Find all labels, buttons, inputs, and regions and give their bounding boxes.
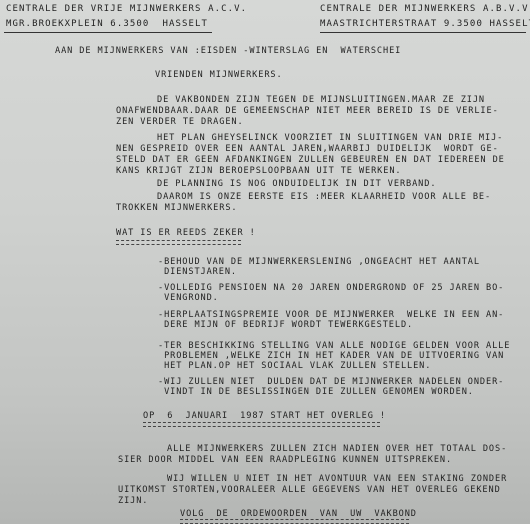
list-item-3-line-2: DERE MIJN OF BEDRIJF WORDT TEWERKGESTELD… — [158, 320, 413, 330]
list-item-2-line-2: VENGROND. — [158, 293, 219, 303]
list-item-3-line-1: -HERPLAATSINGSPREMIE VOOR DE MIJNWERKER … — [158, 310, 504, 320]
list-item-1-line-1: -BEHOUD VAN DE MIJNWERKERSLENING ,ONGEAC… — [158, 257, 480, 267]
salutation: VRIENDEN MIJNWERKERS. — [155, 70, 283, 80]
paragraph-1-line-2: ONAFWENDBAAR.DAAR DE GEMEENSCHAP NIET ME… — [116, 106, 499, 116]
section-2-paragraph-2-line-3: ZIJN. — [118, 496, 148, 506]
list-item-4-line-2: PROBLEMEN ,WELKE ZICH IN HET KADER VAN D… — [158, 351, 504, 361]
section-2-paragraph-1-line-1: ALLE MIJNWERKERS ZULLEN ZICH NADIEN OVER… — [167, 444, 507, 454]
letterhead-left-org: CENTRALE DER VRIJE MIJNWERKERS A.C.V. — [6, 4, 247, 14]
paragraph-1-line-3: ZEN VERDER TE DRAGEN. — [116, 117, 244, 127]
paragraph-4-line-2: TROKKEN MIJNWERKERS. — [116, 203, 237, 213]
list-item-5-line-2: VINDT IN DE BESLISSINGEN DIE ZULLEN GENO… — [158, 387, 474, 397]
scanned-letter: CENTRALE DER VRIJE MIJNWERKERS A.C.V. MG… — [0, 0, 530, 524]
addressee-line: AAN DE MIJNWERKERS VAN :EISDEN -WINTERSL… — [55, 46, 401, 56]
paragraph-1-line-1: DE VAKBONDEN ZIJN TEGEN DE MIJNSLUITINGE… — [157, 95, 485, 105]
closing-double-rule — [180, 519, 409, 524]
list-item-1-line-2: DIENSTJAREN. — [158, 267, 237, 277]
paragraph-3-line-1: DE PLANNING IS NOG ONDUIDELIJK IN DIT VE… — [157, 179, 436, 189]
section-1-heading: WAT IS ER REEDS ZEKER ! — [116, 228, 256, 238]
section-2-heading-double-rule — [143, 422, 380, 427]
letterhead-left-rule — [4, 32, 212, 33]
letterhead-right-address: MAASTRICHTERSTRAAT 9.3500 HASSELT — [320, 19, 530, 29]
paragraph-2-line-3: STELD DAT ER GEEN AFDANKINGEN ZULLEN GEB… — [116, 155, 505, 165]
paragraph-4-line-1: DAAROM IS ONZE EERSTE EIS :MEER KLAARHEI… — [157, 192, 491, 202]
paragraph-2-line-1: HET PLAN GHEYSELINCK VOORZIET IN SLUITIN… — [157, 133, 503, 143]
list-item-4-line-1: -TER BESCHIKKING STELLING VAN ALLE NODIG… — [158, 341, 510, 351]
paragraph-2-line-2: NEN GESPREID OVER EEN AANTAL JAREN,WAARB… — [116, 144, 499, 154]
section-2-paragraph-2-line-2: UITKOMST STORTEN,VOORALEER ALLE GEGEVENS… — [118, 485, 501, 495]
section-2-paragraph-1-line-2: SIER DOOR MIDDEL VAN EEN RAADPLEGING KUN… — [118, 455, 452, 465]
paragraph-2-line-4: KANS KRIJGT ZIJN BEROEPSLOOPBAAN UIT TE … — [116, 166, 401, 176]
list-item-5-line-1: -WIJ ZULLEN NIET DULDEN DAT DE MIJNWERKE… — [158, 377, 504, 387]
closing-line: VOLG DE ORDEWOORDEN VAN UW VAKBOND — [180, 509, 417, 519]
list-item-4-line-3: HET PLAN.OP HET SOCIAAL VLAK ZULLEN STEL… — [158, 361, 431, 371]
letterhead-right-rule — [320, 32, 526, 33]
letterhead-left-address: MGR.BROEKXPLEIN 6.3500 HASSELT — [6, 19, 208, 29]
letterhead-right-org: CENTRALE DER MIJNWERKERS A.B.V.V. — [320, 4, 530, 14]
section-1-heading-double-rule — [116, 240, 241, 245]
section-2-heading: OP 6 JANUARI 1987 START HET OVERLEG ! — [143, 411, 386, 421]
list-item-2-line-1: -VOLLEDIG PENSIOEN NA 20 JAREN ONDERGRON… — [158, 283, 504, 293]
section-2-paragraph-2-line-1: WIJ WILLEN U NIET IN HET AVONTUUR VAN EE… — [167, 474, 507, 484]
